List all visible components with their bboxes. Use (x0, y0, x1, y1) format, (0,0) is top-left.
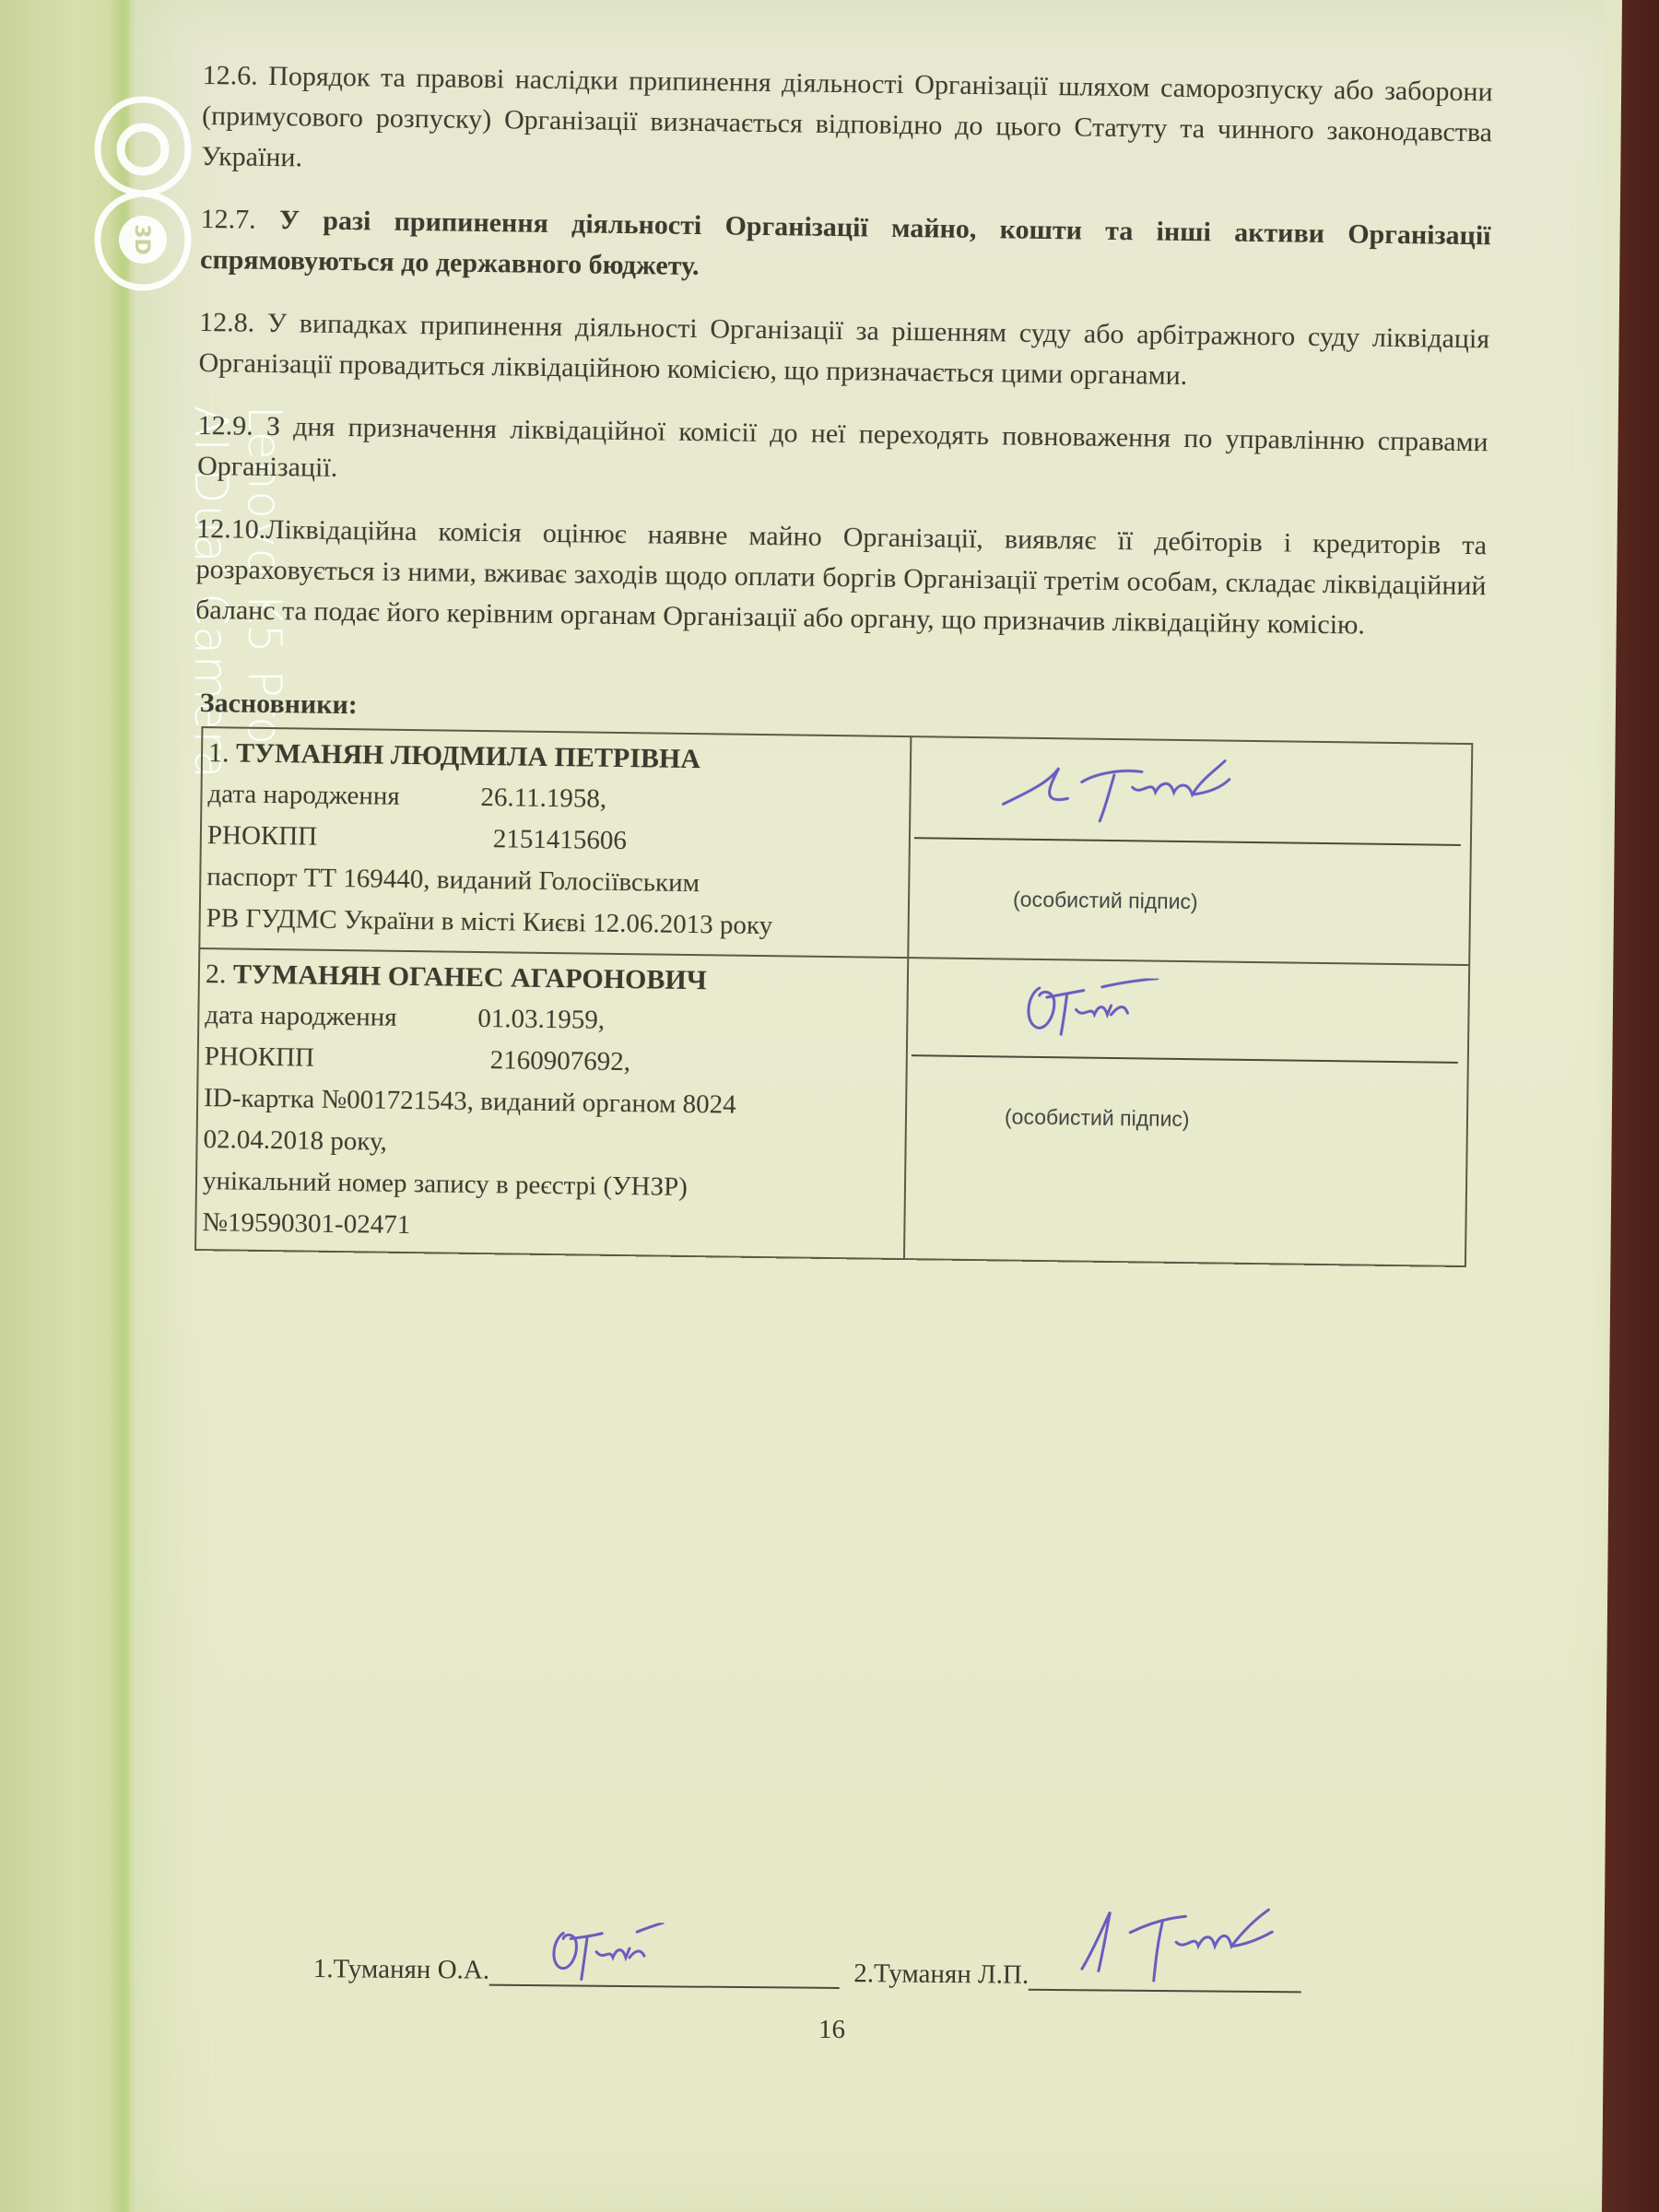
clause-number: 12.9. (198, 410, 253, 441)
handwritten-signature (994, 753, 1271, 843)
tax-id-label: РНОКПП (207, 815, 494, 860)
page-number: 16 (818, 2015, 845, 2045)
birth-date-label: дата народження (207, 773, 481, 818)
footer-signer-2: 2.Туманян Л.П. (853, 1959, 1029, 1990)
founder-row: 2. ТУМАНЯН ОГАНЕС АГАРОНОВИЧ дата народж… (195, 948, 1469, 1266)
founder-row: 1. ТУМАНЯН ЛЮДМИЛА ПЕТРІВНА дата народже… (199, 727, 1472, 965)
clause-text: З дня призначення ліквідаційної комісії … (197, 411, 1488, 483)
founder-info-cell: 2. ТУМАНЯН ОГАНЕС АГАРОНОВИЧ дата народж… (195, 948, 908, 1259)
founder-index: 1. (208, 737, 229, 768)
birth-date-label: дата народження (205, 994, 478, 1040)
tax-id-value: 2151415606 (493, 818, 628, 862)
clause-text: Порядок та правові наслідки припинення д… (201, 61, 1492, 172)
founder-name-text: ТУМАНЯН ЛЮДМИЛА ПЕТРІВНА (236, 738, 700, 775)
founder-name-text: ТУМАНЯН ОГАНЕС АГАРОНОВИЧ (233, 959, 707, 996)
handwritten-signature (545, 1922, 675, 1987)
book-gutter (109, 0, 136, 2212)
clause-text: У разі припинення діяльності Організації… (200, 205, 1491, 281)
founder-index: 2. (206, 959, 227, 989)
footer-signer-1: 1.Туманян О.А. (313, 1954, 489, 1985)
handwritten-signature (1018, 977, 1204, 1057)
clause-12-8: 12.8. У випадках припинення діяльності О… (198, 302, 1489, 400)
clause-number: 12.6. (203, 60, 258, 91)
founder-signature-cell: (особистий підпис) (904, 958, 1469, 1266)
camera-watermark: 3D Lenovo K5 Pro AI Dual Camera (92, 92, 194, 295)
clause-text: Ліквідаційна комісія оцінює наявне майно… (195, 514, 1487, 641)
clause-text: У випадках припинення діяльності Організ… (198, 308, 1489, 391)
birth-date-value: 01.03.1959, (477, 998, 605, 1041)
id-document-line: РВ ГУДМС України в місті Києві 12.06.201… (206, 898, 902, 948)
birth-date-value: 26.11.1958, (480, 777, 606, 820)
id-document-line: №19590301-02471 (202, 1202, 899, 1253)
footer-signature-line-2 (1029, 1961, 1301, 1994)
document-content: 12.6. Порядок та правові наслідки припин… (187, 55, 1493, 1267)
clause-12-10: 12.10.Ліквідаційна комісія оцінює наявне… (195, 509, 1488, 647)
clause-number: 12.7. (200, 204, 255, 235)
founder-info-cell: 1. ТУМАНЯН ЛЮДМИЛА ПЕТРІВНА дата народже… (199, 727, 911, 958)
signature-caption: (особистий підпис) (1005, 1096, 1190, 1140)
svg-text:3D: 3D (130, 224, 153, 255)
footer-signature-line-1 (489, 1957, 840, 1989)
tax-id-label: РНОКПП (204, 1036, 490, 1081)
founders-table: 1. ТУМАНЯН ЛЮДМИЛА ПЕТРІВНА дата народже… (194, 726, 1473, 1267)
clause-number: 12.10. (196, 513, 265, 545)
clause-12-6: 12.6. Порядок та правові наслідки припин… (201, 55, 1493, 194)
clause-12-9: 12.9. З дня призначення ліквідаційної ко… (197, 406, 1488, 503)
tax-id-value: 2160907692, (489, 1040, 630, 1083)
book-cover-edge (1602, 0, 1659, 2212)
clause-number: 12.8. (199, 307, 254, 338)
clause-12-7: 12.7. У разі припинення діяльності Орган… (200, 199, 1491, 297)
handwritten-signature (1075, 1904, 1306, 1989)
signature-caption: (особистий підпис) (1013, 879, 1198, 924)
camera-lens-3d-icon: 3D (92, 92, 194, 295)
founder-signature-cell: (особистий підпис) (908, 736, 1472, 965)
